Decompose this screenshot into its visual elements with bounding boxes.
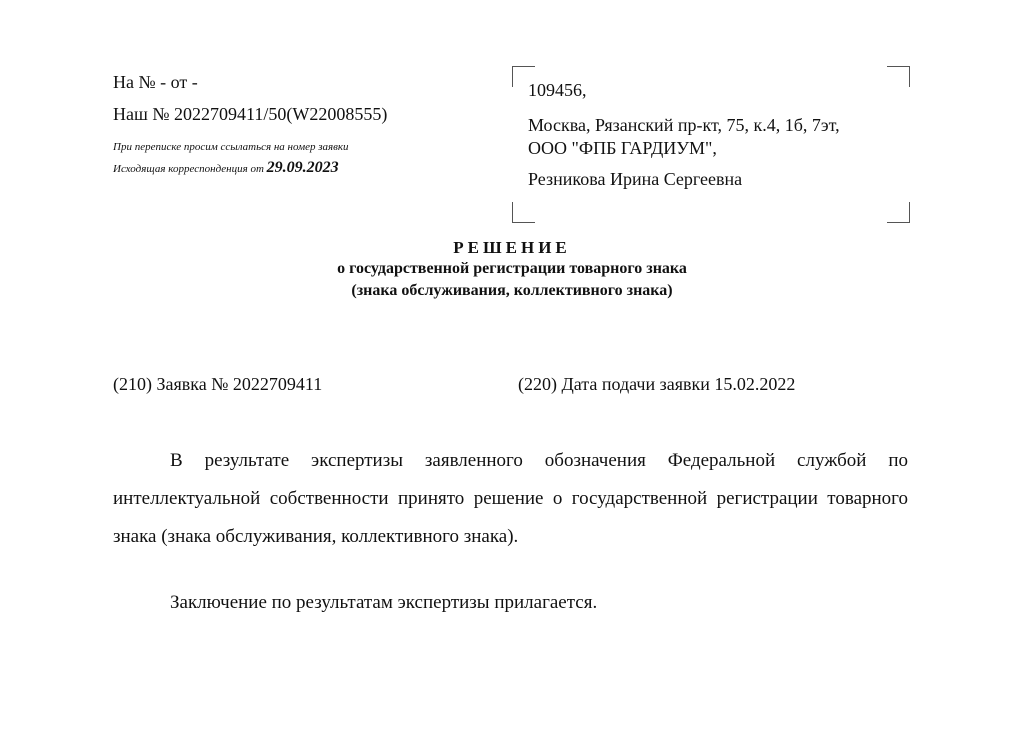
decision-paragraph: В результате экспертизы заявленного обоз… bbox=[113, 442, 908, 556]
address-corner-bottom-left bbox=[512, 202, 535, 223]
conclusion-note: Заключение по результатам экспертизы при… bbox=[170, 592, 597, 614]
document-title: РЕШЕНИЕ о государственной регистрации то… bbox=[0, 238, 1024, 302]
title-main: РЕШЕНИЕ bbox=[0, 238, 1024, 258]
reply-note: При переписке просим ссылаться на номер … bbox=[113, 141, 349, 153]
reference-incoming: На № - от - bbox=[113, 72, 198, 93]
address-organization: ООО "ФПБ ГАРДИУМ", bbox=[528, 138, 717, 159]
address-corner-top-right bbox=[887, 66, 910, 87]
address-street: Москва, Рязанский пр-кт, 75, к.4, 1б, 7э… bbox=[528, 115, 840, 136]
application-date-value: 15.02.2022 bbox=[714, 374, 795, 394]
address-recipient: Резникова Ирина Сергеевна bbox=[528, 169, 742, 190]
application-number: (210) Заявка № 2022709411 bbox=[113, 374, 322, 395]
application-date: (220) Дата подачи заявки 15.02.2022 bbox=[518, 374, 795, 395]
outgoing-note: Исходящая корреспонденция от 29.09.2023 bbox=[113, 159, 339, 177]
application-date-label: (220) Дата подачи заявки bbox=[518, 374, 710, 394]
reference-ours: Наш № 2022709411/50(W22008555) bbox=[113, 104, 387, 125]
outgoing-date: 29.09.2023 bbox=[267, 159, 339, 176]
application-number-value: 2022709411 bbox=[233, 374, 322, 394]
application-number-label: (210) Заявка № bbox=[113, 374, 228, 394]
address-corner-bottom-right bbox=[887, 202, 910, 223]
title-line-1: о государственной регистрации товарного … bbox=[0, 258, 1024, 280]
title-line-2: (знака обслуживания, коллективного знака… bbox=[0, 280, 1024, 302]
outgoing-label: Исходящая корреспонденция от bbox=[113, 163, 264, 175]
address-postal-code: 109456, bbox=[528, 80, 587, 101]
